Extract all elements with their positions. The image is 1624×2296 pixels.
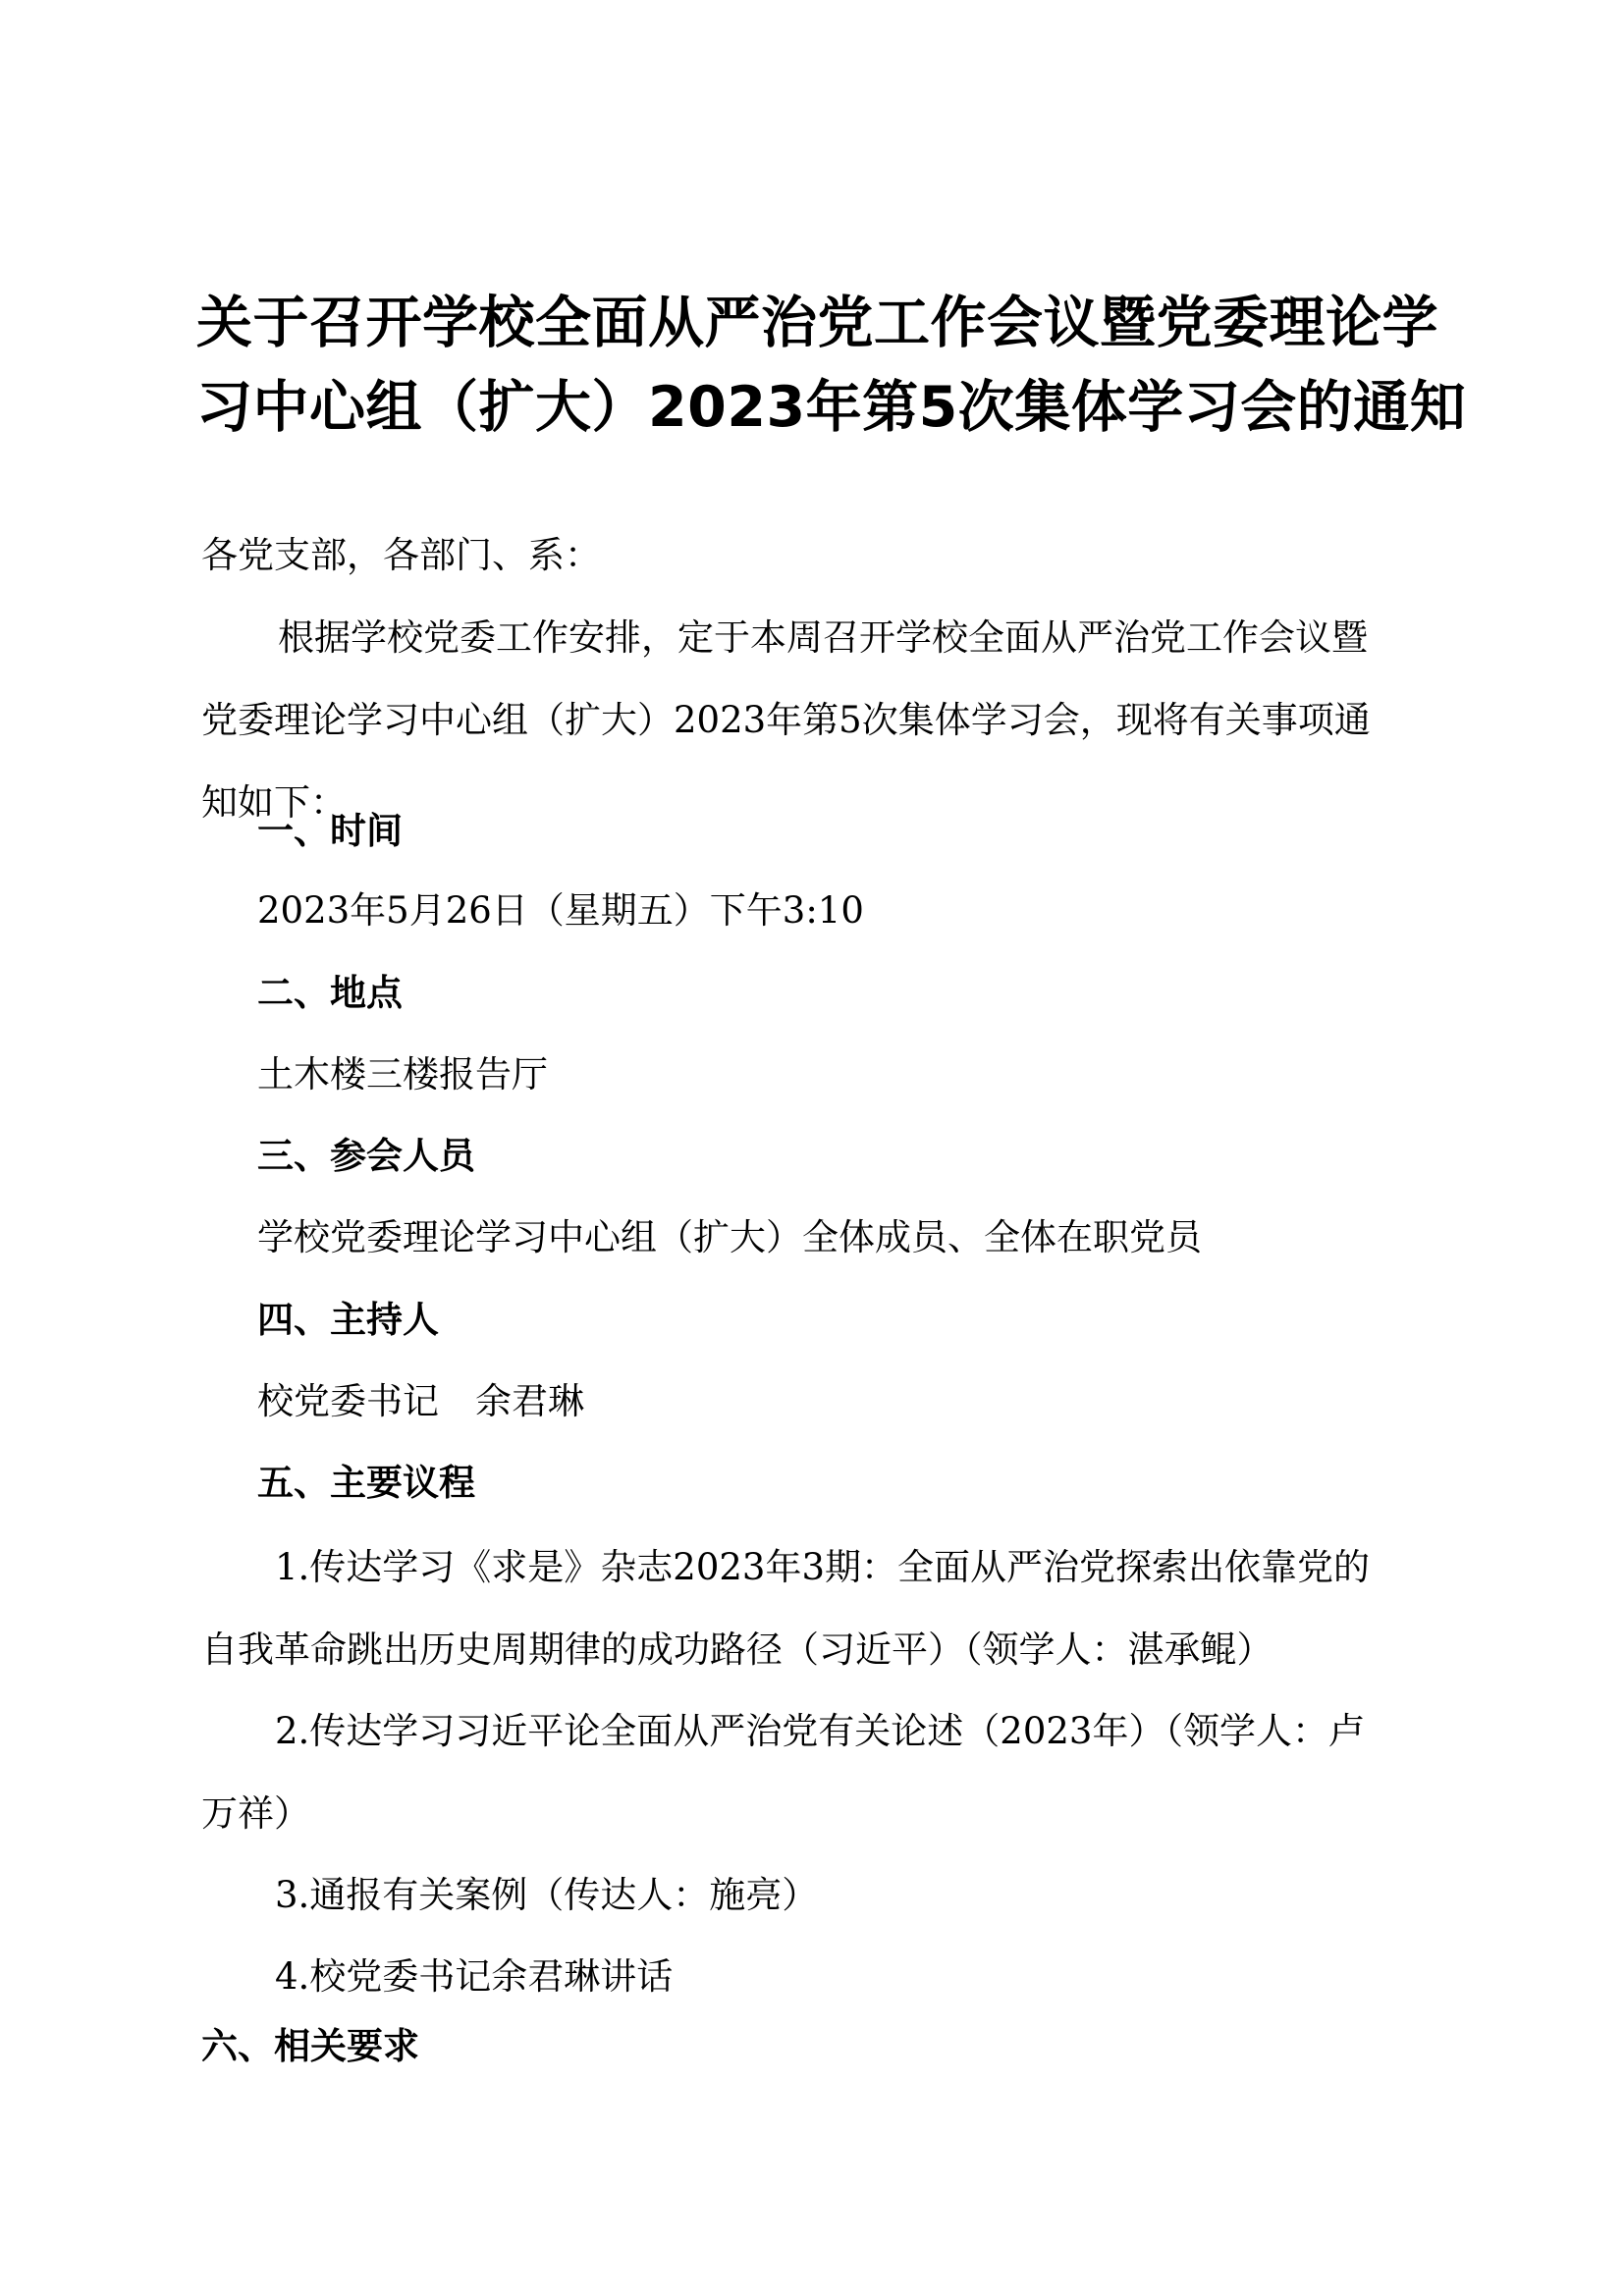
section-content-attendees: 学校党委理论学习中心组（扩大）全体成员、全体在职党员 [257,1213,1202,1262]
agenda-item-2: 2.传达学习习近平论全面从严治党有关论述（2023年）（领学人：卢 万祥） [201,1690,1429,1855]
section-content-location: 土木楼三楼报告厅 [257,1050,548,1099]
section-heading-host: 四、主持人 [257,1296,439,1345]
agenda-item-2-line-1: 2.传达学习习近平论全面从严治党有关论述（2023年）（领学人：卢 [201,1690,1429,1773]
document-title: 关于召开学校全面从严治党工作会议暨党委理论学 习中心组（扩大）2023年第5次集… [196,281,1434,450]
agenda-item-1-line-2: 自我革命跳出历史周期律的成功路径（习近平）（领学人：湛承鲲） [201,1609,1429,1691]
agenda-item-1-line-1: 1.传达学习《求是》杂志2023年3期：全面从严治党探索出依靠党的 [201,1526,1429,1609]
section-content-time: 2023年5月26日（星期五）下午3:10 [257,886,864,935]
intro-line-1: 根据学校党委工作安排，定于本周召开学校全面从严治党工作会议暨 [201,597,1429,679]
salutation: 各党支部，各部门、系： [201,514,1429,597]
intro-line-2: 党委理论学习中心组（扩大）2023年第5次集体学习会，现将有关事项通 [201,679,1429,762]
section-heading-agenda: 五、主要议程 [257,1459,475,1508]
agenda-item-3-line-1: 3.通报有关案例（传达人：施亮） [201,1854,1429,1937]
section-content-host: 校党委书记 余君琳 [257,1377,584,1426]
agenda-item-3: 3.通报有关案例（传达人：施亮） [201,1854,1429,1937]
agenda-item-4: 4.校党委书记余君琳讲话 [201,1936,1429,2018]
section-heading-location: 二、地点 [257,969,403,1018]
section-heading-requirements: 六、相关要求 [201,2022,419,2071]
document-page: 关于召开学校全面从严治党工作会议暨党委理论学 习中心组（扩大）2023年第5次集… [0,0,1624,2296]
agenda-item-1: 1.传达学习《求是》杂志2023年3期：全面从严治党探索出依靠党的 自我革命跳出… [201,1526,1429,1691]
section-heading-attendees: 三、参会人员 [257,1132,475,1181]
title-line-1: 关于召开学校全面从严治党工作会议暨党委理论学 [196,281,1434,365]
title-line-2: 习中心组（扩大）2023年第5次集体学习会的通知 [196,365,1434,450]
section-heading-time: 一、时间 [257,807,403,856]
agenda-item-2-line-2: 万祥） [201,1773,1429,1855]
agenda-item-4-line-1: 4.校党委书记余君琳讲话 [201,1936,1429,2018]
